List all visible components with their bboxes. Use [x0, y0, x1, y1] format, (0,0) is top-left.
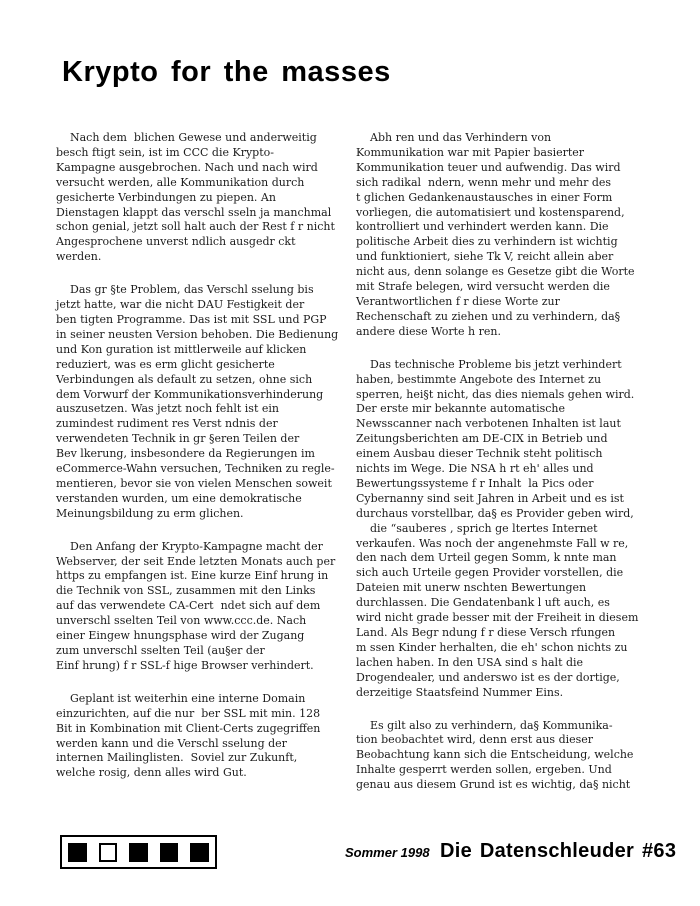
article-paragraph: Abh ren und das Verhindern von Kommunika…: [356, 131, 662, 340]
filled-square-icon: [160, 843, 179, 862]
article-paragraph: Das gr §te Problem, das Verschl sselung …: [56, 283, 342, 522]
filled-square-icon: [68, 843, 87, 862]
footer-publication-title: Die Datenschleuder #63: [440, 840, 676, 863]
left-column: Nach dem blichen Gewese und anderweitig …: [56, 131, 342, 811]
article-paragraph: Es gilt also zu verhindern, da§ Kommunik…: [356, 719, 662, 794]
filled-square-icon: [129, 843, 148, 862]
magazine-page: Krypto for the masses Nach dem blichen G…: [0, 0, 700, 906]
article-paragraph: Das technische Probleme bis jetzt verhin…: [356, 358, 662, 701]
page-title: Krypto for the masses: [62, 56, 391, 89]
right-column: Abh ren und das Verhindern von Kommunika…: [356, 131, 662, 811]
article-paragraph: Den Anfang der Krypto-Kampagne macht der…: [56, 540, 342, 674]
footer-issue-date: Sommer 1998: [345, 845, 430, 860]
article-paragraph: Geplant ist weiterhin eine interne Domai…: [56, 692, 342, 781]
article-paragraph: Nach dem blichen Gewese und anderweitig …: [56, 131, 342, 265]
outline-square-icon: [99, 843, 118, 862]
filled-square-icon: [190, 843, 209, 862]
issue-indicator-squares: [60, 835, 217, 869]
article-body: Nach dem blichen Gewese und anderweitig …: [56, 131, 662, 811]
